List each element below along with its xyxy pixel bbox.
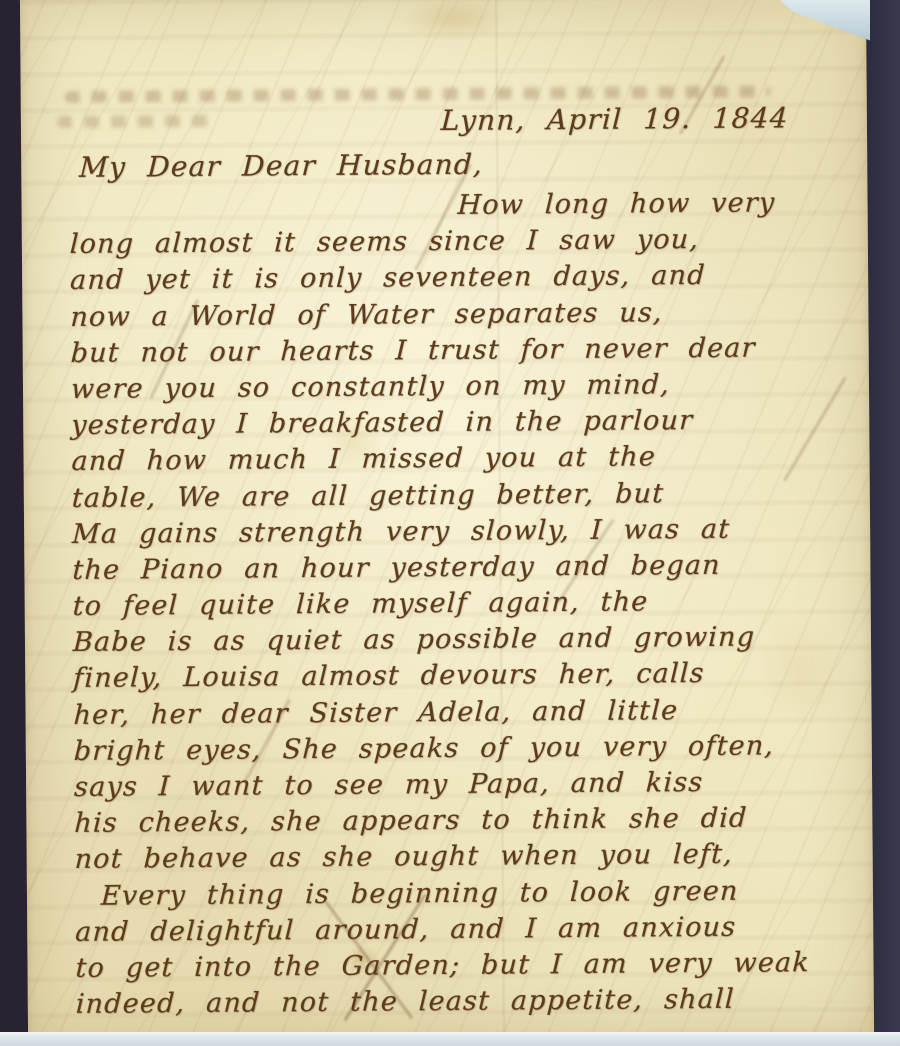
letter-line: her, her dear Sister Adela, and little xyxy=(73,691,855,733)
letter-line: Ma gains strength very slowly, I was at xyxy=(71,510,853,552)
letter-line: now a World of Water separates us, xyxy=(70,293,852,335)
letter-line: table, We are all getting better, but xyxy=(71,474,853,516)
letter-paper: Lynn, April 19. 1844 My Dear Dear Husban… xyxy=(20,0,874,1043)
bleedthrough-ghost-line xyxy=(65,85,771,103)
letter-body: How long how very long almost it seems s… xyxy=(69,185,856,1023)
letter-line: and yet it is only seventeen days, and xyxy=(69,257,851,299)
letter-line: finely, Louisa almost devours her, calls xyxy=(72,655,854,697)
scanner-background: Lynn, April 19. 1844 My Dear Dear Husban… xyxy=(0,0,900,1046)
letter-line: the Piano an hour yesterday and began xyxy=(72,547,854,589)
letter-line: and delightful around, and I am anxious xyxy=(74,909,856,951)
letter-line: not behave as she ought when you left, xyxy=(74,836,856,878)
letter-dateline: Lynn, April 19. 1844 xyxy=(440,101,789,137)
letter-line: and how much I missed you at the xyxy=(71,438,853,480)
letter-line: Every thing is beginning to look green xyxy=(74,872,856,914)
letter-line: bright eyes, She speaks of you very ofte… xyxy=(73,728,855,770)
scanner-bed-strip xyxy=(0,1032,900,1046)
letter-line: but not our hearts I trust for never dea… xyxy=(70,330,852,372)
letter-line: were you so constantly on my mind, xyxy=(70,366,852,408)
letter-salutation: My Dear Dear Husband, xyxy=(79,148,484,184)
scanned-letter-page: { "letter": { "dateline": "Lynn, April 1… xyxy=(0,0,900,1046)
letter-line: indeed, and not the least appetite, shal… xyxy=(75,981,857,1023)
bleedthrough-ghost-line xyxy=(57,115,217,128)
letter-line: to get into the Garden; but I am very we… xyxy=(75,945,857,987)
